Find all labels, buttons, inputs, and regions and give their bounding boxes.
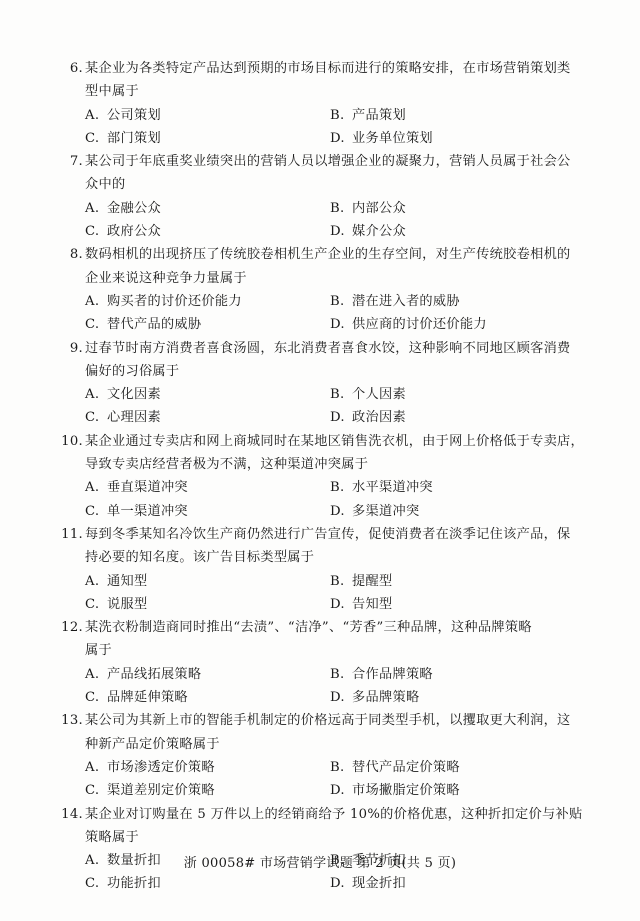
question-number: 11. (56, 523, 85, 546)
option-c: C.渠道差别定价策略 (85, 779, 330, 802)
option-a: A.垂直渠道冲突 (85, 476, 330, 499)
option-d: D.现金折扣 (330, 872, 575, 895)
option-b: B.产品策划 (330, 104, 575, 127)
question-12: 12.某洗衣粉制造商同时推出“去渍”、“洁净”、“芳香”三种品牌，这种品牌策略 … (56, 616, 596, 709)
option-d: D.政治因素 (330, 406, 575, 429)
option-d: D.市场撇脂定价策略 (330, 779, 575, 802)
question-number: 12. (56, 616, 85, 639)
question-9: 9.过春节时南方消费者喜食汤圆，东北消费者喜食水饺，这种影响不同地区顾客消费 偏… (56, 337, 596, 430)
question-stem: 数码相机的出现挤压了传统胶卷相机生产企业的生存空间，对生产传统胶卷相机的 (85, 243, 571, 266)
option-b: B.水平渠道冲突 (330, 476, 575, 499)
option-b: B.合作品牌策略 (330, 663, 575, 686)
question-number: 6. (56, 57, 85, 80)
option-d: D.多品牌策略 (330, 686, 575, 709)
question-number: 9. (56, 337, 85, 360)
option-d: D.供应商的讨价还价能力 (330, 313, 575, 336)
option-c: C.单一渠道冲突 (85, 500, 330, 523)
option-b: B.提醒型 (330, 570, 575, 593)
question-stem-continued: 持必要的知名度。该广告目标类型属于 (56, 546, 596, 569)
option-c: C.功能折扣 (85, 872, 330, 895)
option-a: A.购买者的讨价还价能力 (85, 290, 330, 313)
question-stem-continued: 众中的 (56, 173, 596, 196)
question-stem-continued: 型中属于 (56, 80, 596, 103)
question-stem: 某公司为其新上市的智能手机制定的价格远高于同类型手机，以攫取更大利润，这 (85, 709, 571, 732)
question-stem: 过春节时南方消费者喜食汤圆，东北消费者喜食水饺，这种影响不同地区顾客消费 (85, 337, 571, 360)
option-a: A.产品线拓展策略 (85, 663, 330, 686)
option-d: D.媒介公众 (330, 220, 575, 243)
question-13: 13.某公司为其新上市的智能手机制定的价格远高于同类型手机，以攫取更大利润，这 … (56, 709, 596, 802)
question-stem-continued: 偏好的习俗属于 (56, 360, 596, 383)
question-stem: 某企业为各类特定产品达到预期的市场目标而进行的策略安排，在市场营销策划类 (85, 57, 571, 80)
option-a: A.文化因素 (85, 383, 330, 406)
question-stem: 某公司于年底重奖业绩突出的营销人员以增强企业的凝聚力，营销人员属于社会公 (85, 150, 571, 173)
option-b: B.替代产品定价策略 (330, 756, 575, 779)
option-a: A.通知型 (85, 570, 330, 593)
question-number: 8. (56, 243, 85, 266)
option-c: C.心理因素 (85, 406, 330, 429)
question-stem: 某洗衣粉制造商同时推出“去渍”、“洁净”、“芳香”三种品牌，这种品牌策略 (85, 616, 532, 639)
question-8: 8.数码相机的出现挤压了传统胶卷相机生产企业的生存空间，对生产传统胶卷相机的 企… (56, 243, 596, 336)
question-stem: 某企业对订购量在 5 万件以上的经销商给予 10%的价格优惠，这种折扣定价与补贴 (85, 803, 582, 826)
question-number: 7. (56, 150, 85, 173)
question-14: 14.某企业对订购量在 5 万件以上的经销商给予 10%的价格优惠，这种折扣定价… (56, 803, 596, 896)
option-c: C.说服型 (85, 593, 330, 616)
question-stem: 某企业通过专卖店和网上商城同时在某地区销售洗衣机，由于网上价格低于专卖店， (85, 430, 584, 453)
question-stem-continued: 属于 (56, 639, 596, 662)
question-7: 7.某公司于年底重奖业绩突出的营销人员以增强企业的凝聚力，营销人员属于社会公 众… (56, 150, 596, 243)
question-stem-continued: 策略属于 (56, 826, 596, 849)
question-number: 14. (56, 803, 85, 826)
question-number: 10. (56, 430, 85, 453)
question-6: 6.某企业为各类特定产品达到预期的市场目标而进行的策略安排，在市场营销策划类 型… (56, 57, 596, 150)
option-c: C.政府公众 (85, 220, 330, 243)
exam-page: 6.某企业为各类特定产品达到预期的市场目标而进行的策略安排，在市场营销策划类 型… (0, 57, 640, 896)
question-number: 13. (56, 709, 85, 732)
question-stem-continued: 种新产品定价策略属于 (56, 733, 596, 756)
option-d: D.多渠道冲突 (330, 500, 575, 523)
question-stem: 每到冬季某知名冷饮生产商仍然进行广告宣传，促使消费者在淡季记住该产品，保 (85, 523, 571, 546)
question-11: 11.每到冬季某知名冷饮生产商仍然进行广告宣传，促使消费者在淡季记住该产品，保 … (56, 523, 596, 616)
option-d: D.告知型 (330, 593, 575, 616)
option-a: A.公司策划 (85, 104, 330, 127)
option-b: B.潜在进入者的威胁 (330, 290, 575, 313)
option-a: A.市场渗透定价策略 (85, 756, 330, 779)
option-c: C.部门策划 (85, 127, 330, 150)
question-10: 10.某企业通过专卖店和网上商城同时在某地区销售洗衣机，由于网上价格低于专卖店，… (56, 430, 596, 523)
option-b: B.个人因素 (330, 383, 575, 406)
option-d: D.业务单位策划 (330, 127, 575, 150)
option-b: B.内部公众 (330, 197, 575, 220)
question-stem-continued: 企业来说这种竞争力量属于 (56, 267, 596, 290)
option-a: A.金融公众 (85, 197, 330, 220)
option-c: C.品牌延伸策略 (85, 686, 330, 709)
question-stem-continued: 导致专卖店经营者极为不满，这种渠道冲突属于 (56, 453, 596, 476)
page-footer: 浙 00058# 市场营销学试题 第 2 页(共 5 页) (0, 852, 640, 871)
option-c: C.替代产品的威胁 (85, 313, 330, 336)
